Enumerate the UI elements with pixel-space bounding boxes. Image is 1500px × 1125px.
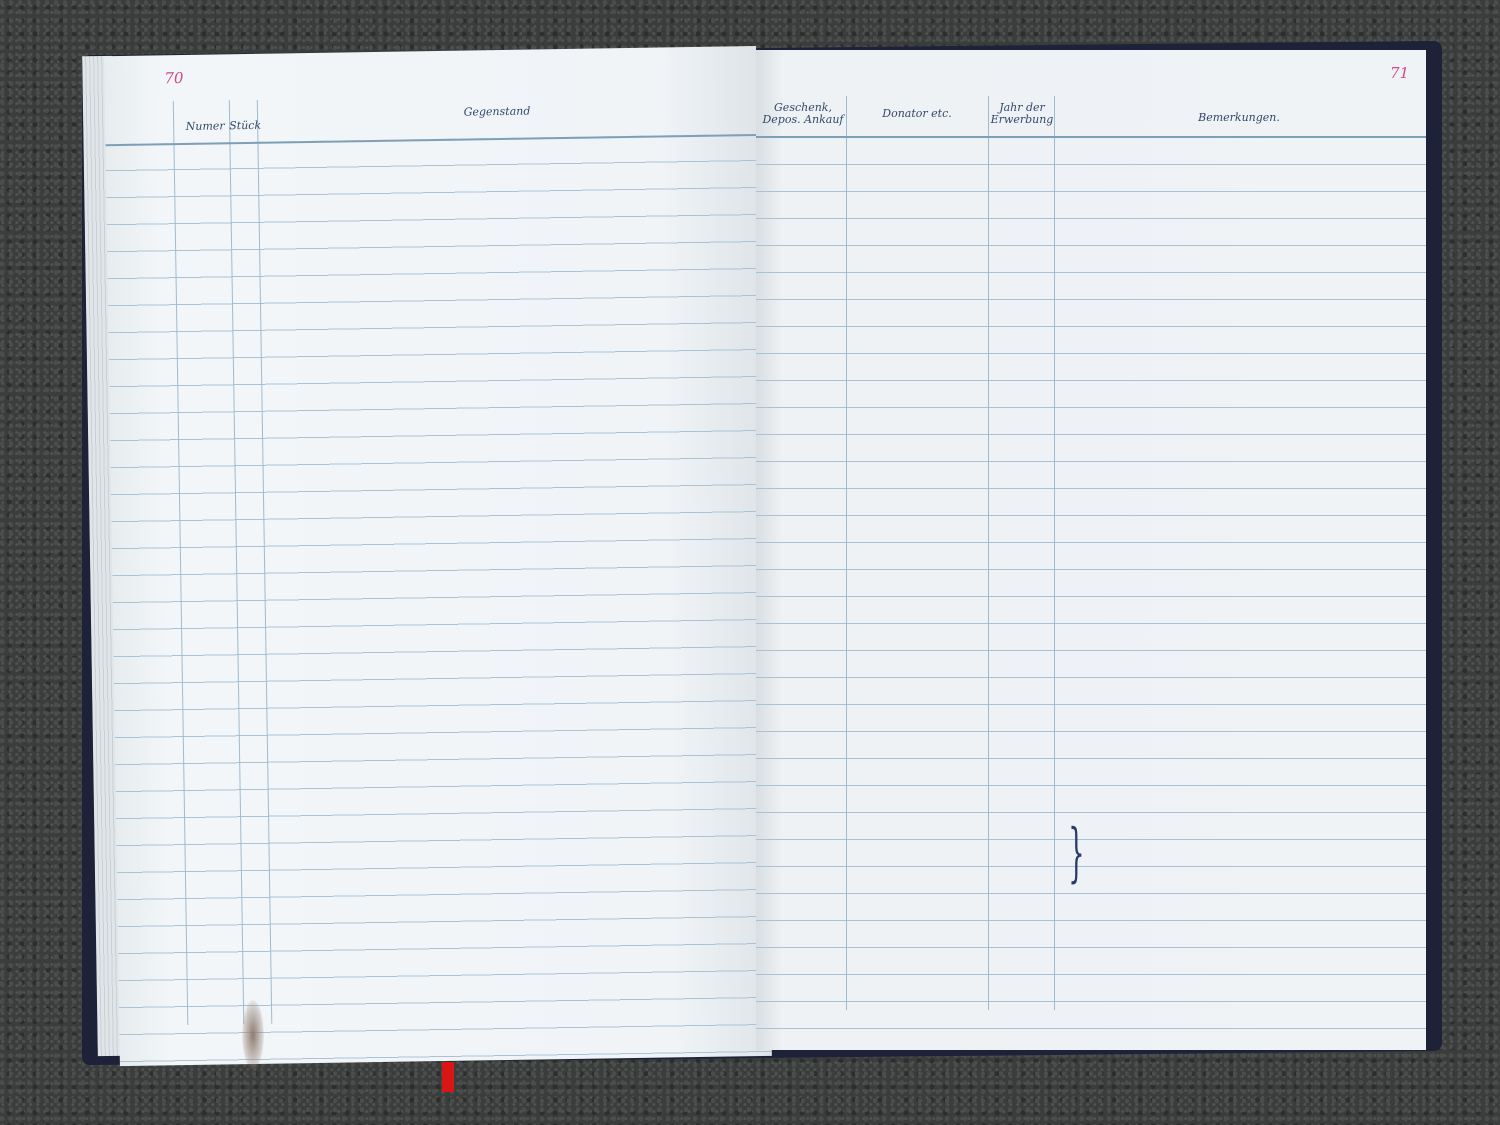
ledger-row: [104, 46, 756, 56]
bookmark-ribbon: [442, 1062, 454, 1092]
header-donor: Donator etc.: [846, 108, 988, 120]
ledger-row: [104, 46, 756, 56]
page-number: 71: [1390, 64, 1409, 82]
ledger-row: [104, 46, 756, 56]
right-page: 71 Geschenk, Depos. Ankauf Donator etc. …: [756, 50, 1426, 1050]
ledger-row: [104, 46, 756, 56]
ledger-row: [104, 46, 756, 56]
header-year: Jahr der Erwerbung: [990, 102, 1054, 126]
ledger-book: 70 Numer Stück Gegenstand 71 Geschenk, D…: [82, 40, 1442, 1070]
ledger-row: [104, 46, 756, 56]
ledger-row: [104, 46, 756, 56]
header-object: Gegenstand: [257, 102, 737, 122]
ruled-lines: [105, 134, 771, 1066]
header-remarks: Bemerkungen.: [1054, 112, 1424, 124]
ledger-row: [104, 46, 756, 56]
header-type: Geschenk, Depos. Ankauf: [760, 102, 846, 126]
ruled-lines: [756, 138, 1426, 1050]
ledger-row: [104, 46, 756, 56]
header-number: Numer: [183, 120, 227, 133]
left-entries: [104, 46, 756, 56]
column-rule: [988, 96, 989, 1010]
ledger-row: [104, 46, 756, 56]
ledger-row: [104, 46, 756, 56]
page-number: 70: [164, 69, 183, 87]
ledger-row: [104, 46, 756, 56]
column-rule: [1054, 96, 1055, 1010]
header-count: Stück: [229, 120, 257, 132]
ledger-row: [104, 46, 756, 56]
ledger-row: [104, 46, 756, 56]
ledger-row: [104, 46, 756, 56]
brace-mark: }: [1068, 816, 1084, 890]
left-page: 70 Numer Stück Gegenstand: [104, 46, 772, 1066]
stain-mark: [242, 1000, 264, 1070]
column-rule: [846, 96, 847, 1010]
ledger-row: [104, 46, 756, 56]
header-rule: [756, 136, 1426, 138]
ledger-row: [104, 46, 756, 56]
ledger-row: [104, 46, 756, 56]
ledger-row: [104, 46, 756, 56]
